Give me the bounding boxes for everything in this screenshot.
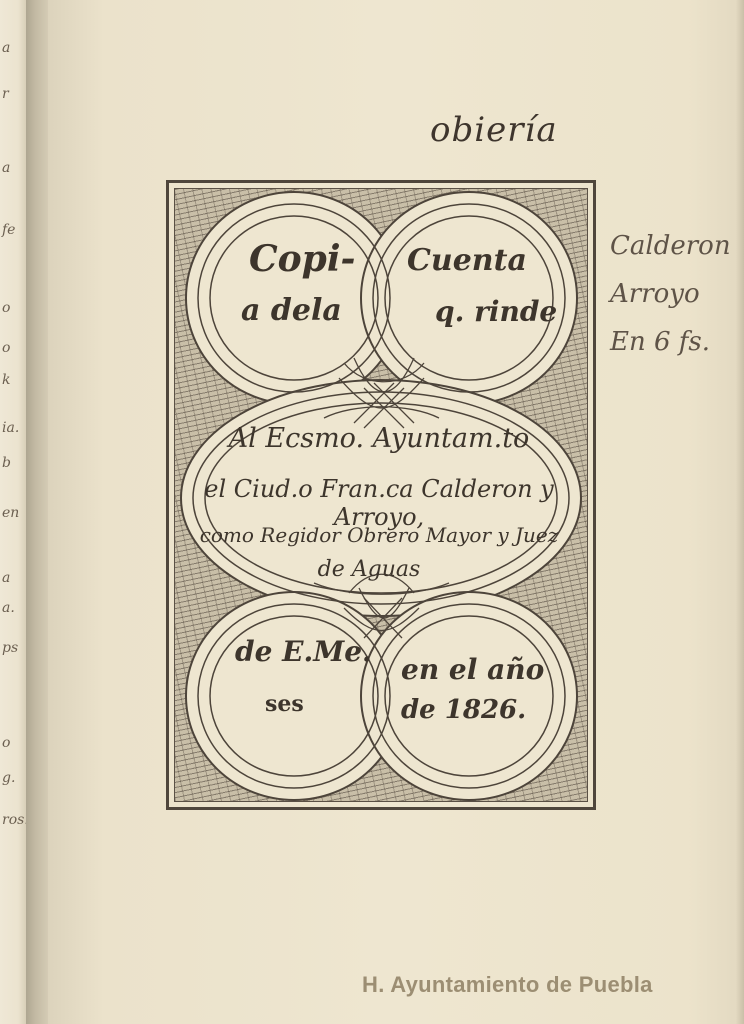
date-word: ses	[265, 691, 304, 717]
margin-fragment: g.	[2, 770, 15, 786]
margin-fragment: ia.	[2, 420, 19, 436]
title-cartouche: Copi- a dela Cuenta q. rinde Al Ecsmo. A…	[166, 180, 596, 810]
book-gutter	[26, 0, 48, 1024]
margin-fragment: en	[2, 505, 19, 521]
top-annotation: obiería	[430, 110, 558, 150]
margin-fragment: b	[2, 455, 11, 471]
title-word: a dela	[241, 293, 342, 328]
date-word: de E.Me.	[235, 635, 372, 668]
margin-fragment: o	[2, 735, 10, 751]
title-word: q. rinde	[435, 295, 557, 328]
side-annotation: Calderon Arroyo En 6 fs.	[610, 222, 731, 366]
facing-page-edge: a r a fe o o k ia. b en a a. ps o g. ros…	[0, 0, 26, 1024]
side-annotation-line: Arroyo	[610, 270, 731, 318]
date-word: en el año	[401, 653, 544, 686]
margin-fragment: r	[2, 86, 9, 102]
page-edge	[736, 0, 744, 1024]
bleed-through-text	[560, 20, 710, 42]
margin-fragment: a.	[2, 600, 15, 616]
side-annotation-line: Calderon	[610, 222, 731, 270]
title-word: Copi-	[249, 238, 355, 280]
margin-fragment: o	[2, 300, 10, 316]
date-word: de 1826.	[401, 695, 526, 725]
margin-fragment: o	[2, 340, 10, 356]
side-annotation-line: En 6 fs.	[610, 318, 731, 366]
margin-fragment: a	[2, 40, 10, 56]
margin-fragment: a	[2, 160, 10, 176]
margin-fragment: fe	[2, 222, 15, 238]
archive-watermark: H. Ayuntamiento de Puebla	[362, 972, 653, 998]
title-word: Cuenta	[407, 243, 527, 278]
dedication-line: Al Ecsmo. Ayuntam.to	[169, 423, 589, 454]
margin-fragment: k	[2, 372, 10, 388]
margin-fragment: a	[2, 570, 10, 586]
margin-fragment: ros.	[2, 812, 29, 828]
dedication-line: como Regidor Obrero Mayor y Juez	[169, 523, 589, 547]
dedication-line: de Aguas	[159, 557, 579, 582]
margin-fragment: ps	[2, 640, 18, 656]
